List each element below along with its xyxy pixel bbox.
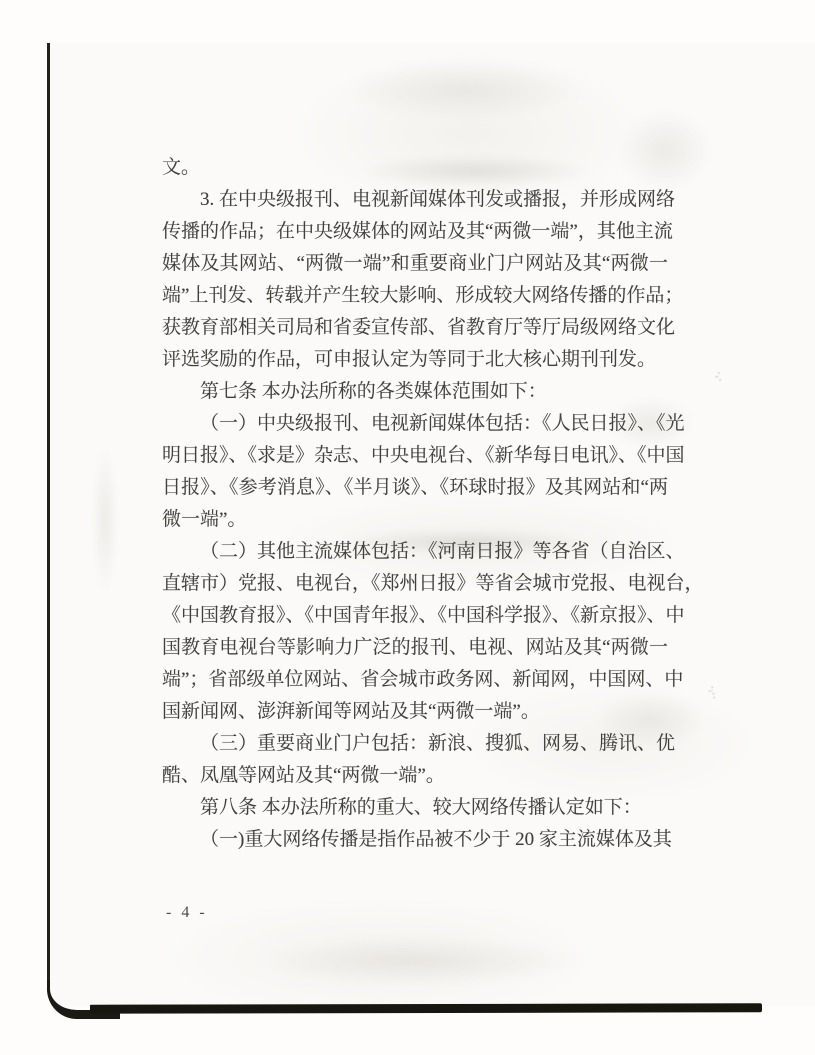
text-line: 国教育电视台等影响力广泛的报刊、电视、网站及其“两微一: [162, 632, 668, 664]
text-line: 端”；省部级单位网站、省会城市政务网、新闻网，中国网、中: [162, 664, 668, 696]
text-line: 酷、凤凰等网站及其“两微一端”。: [162, 760, 668, 792]
text-line: 第七条 本办法所称的各类媒体范围如下：: [162, 376, 668, 408]
page-number: - 4 -: [166, 903, 208, 923]
document-text: 文。3. 在中央级报刊、电视新闻媒体刊发或播报，并形成网络传播的作品；在中央级媒…: [162, 152, 668, 856]
text-line: 传播的作品；在中央级媒体的网站及其“两微一端”，其他主流: [162, 216, 668, 248]
text-line: （一）中央级报刊、电视新闻媒体包括：《人民日报》、《光: [162, 408, 668, 440]
text-line: 媒体及其网站、“两微一端”和重要商业门户网站及其“两微一: [162, 248, 668, 280]
text-line: （一)重大网络传播是指作品被不少于 20 家主流媒体及其: [162, 824, 668, 856]
text-line: 第八条 本办法所称的重大、较大网络传播认定如下：: [162, 792, 668, 824]
text-line: 微一端”。: [162, 504, 668, 536]
text-line: 明日报》、《求是》杂志、中央电视台、《新华每日电讯》、《中国: [162, 440, 668, 472]
scan-bottom-edge-band: [90, 1003, 762, 1013]
text-line: 文。: [162, 152, 668, 184]
text-line: （二）其他主流媒体包括：《河南日报》等各省（自治区、: [162, 536, 668, 568]
scan-left-edge-line: [47, 43, 50, 991]
text-line: 端”上刊发、转载并产生较大影响、形成较大网络传播的作品；: [162, 280, 668, 312]
text-line: 《中国教育报》、《中国青年报》、《中国科学报》、《新京报》、中: [162, 600, 668, 632]
text-line: （三）重要商业门户包括：新浪、搜狐、网易、腾讯、优: [162, 728, 668, 760]
text-line: 3. 在中央级报刊、电视新闻媒体刊发或播报，并形成网络: [162, 184, 668, 216]
text-line: 国新闻网、澎湃新闻等网站及其“两微一端”。: [162, 696, 668, 728]
text-line: 获教育部相关司局和省委宣传部、省教育厅等厅局级网络文化: [162, 312, 668, 344]
text-line: 日报》、《参考消息》、《半月谈》、《环球时报》及其网站和“两: [162, 472, 668, 504]
text-line: 评选奖励的作品，可申报认定为等同于北大核心期刊刊发。: [162, 344, 668, 376]
scanned-document-page: ·ᵣ· ·ᵢ·· 文。3. 在中央级报刊、电视新闻媒体刊发或播报，并形成网络传播…: [0, 0, 815, 1055]
text-line: 直辖市）党报、电视台，《郑州日报》等省会城市党报、电视台，: [162, 568, 668, 600]
